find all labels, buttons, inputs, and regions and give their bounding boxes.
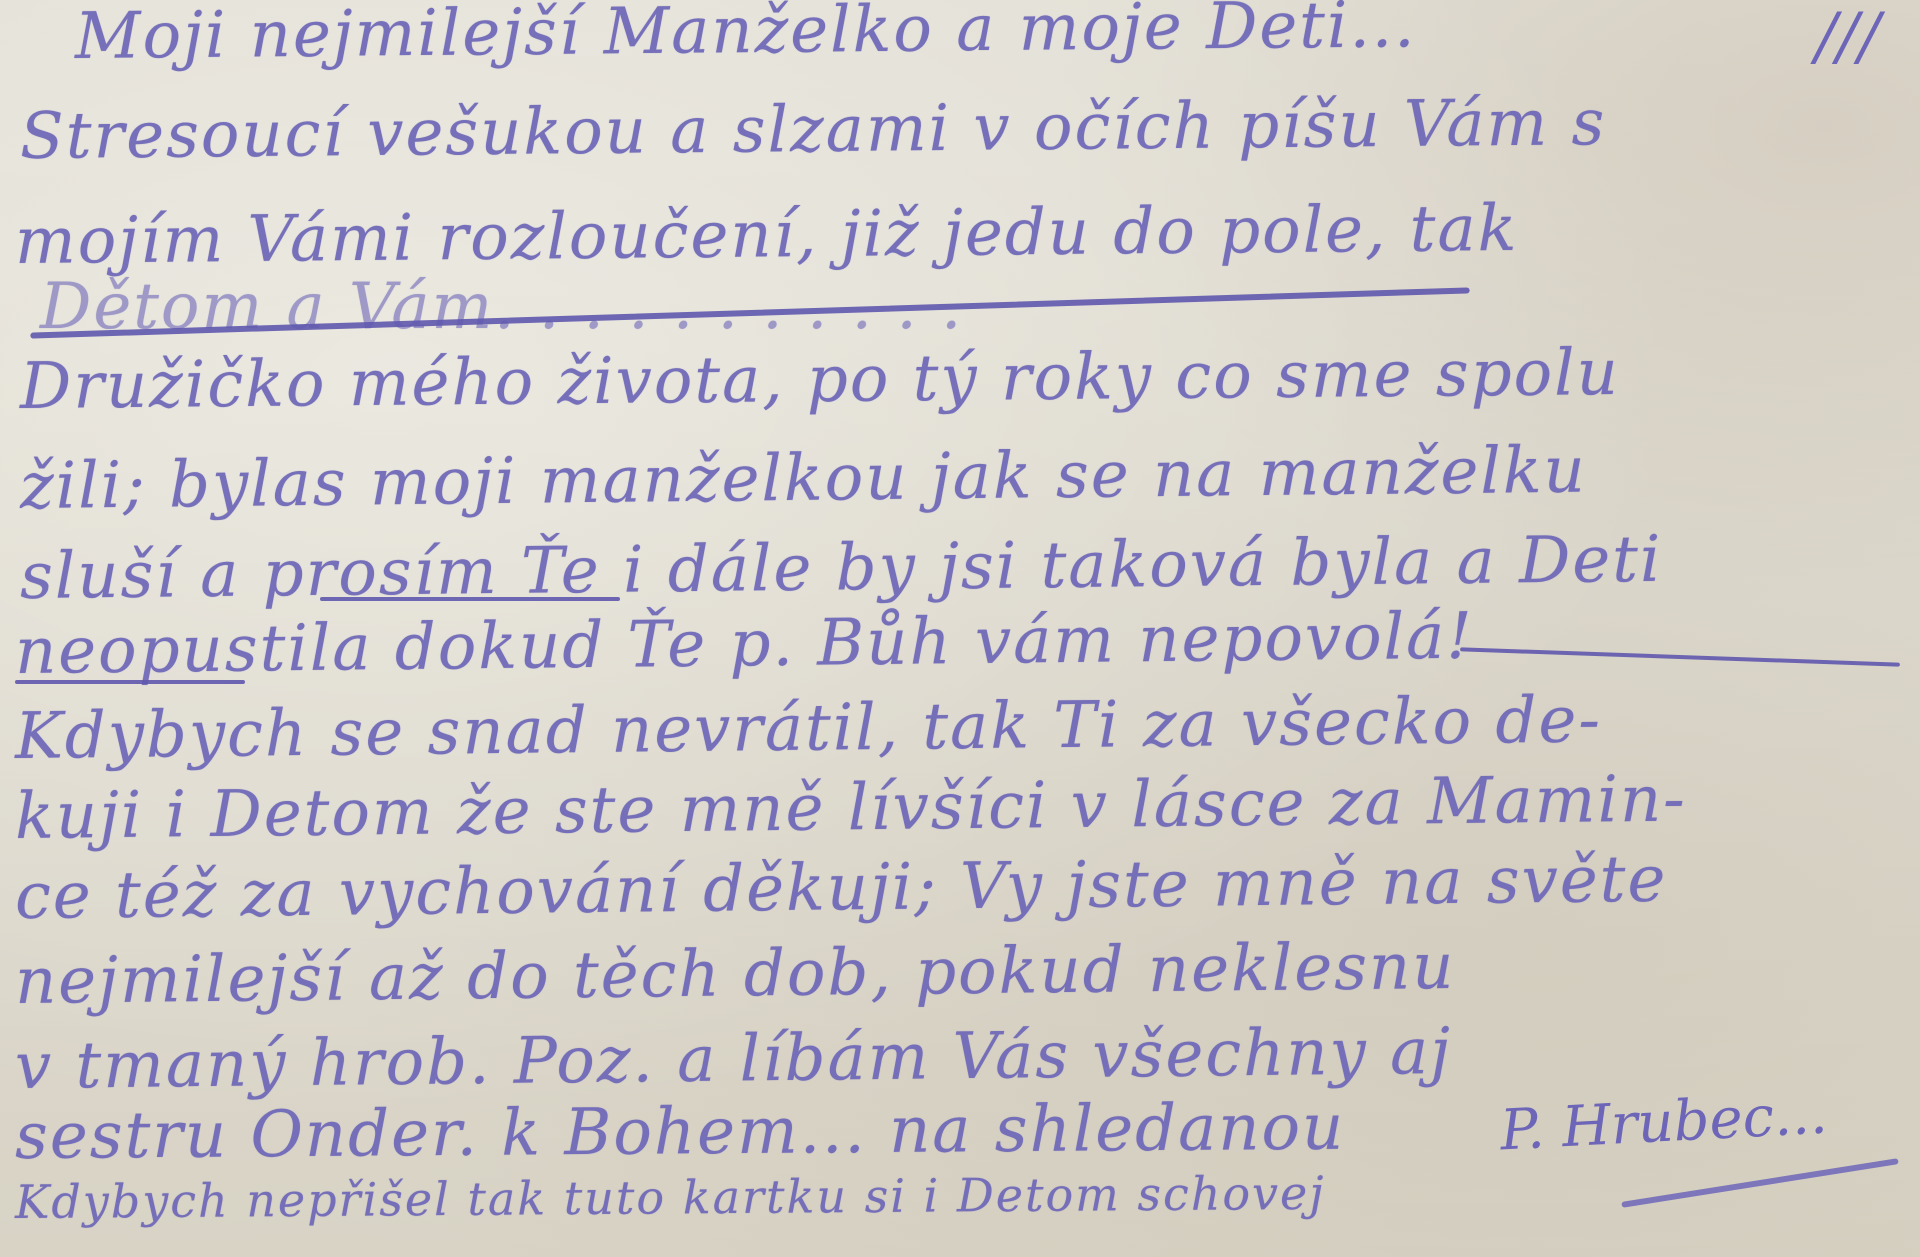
letter-line-1: Moji nejmilejší Manželko a moje Deti... xyxy=(75,0,1417,74)
letter-line-15: Kdybych nepřišel tak tuto kartku si i De… xyxy=(15,1166,1326,1229)
letter-line-11: ce též za vychování děkuji; Vy jste mně … xyxy=(15,843,1668,934)
line-text: neopustila dokud Ťe p. Bůh vám nepovolá! xyxy=(15,600,1475,689)
line-text: Moji nejmilejší Manželko a moje Deti... xyxy=(75,0,1417,74)
line-text: mojím Vámi rozloučení, již jedu do pole,… xyxy=(15,192,1519,279)
letter-line-8: neopustila dokud Ťe p. Bůh vám nepovolá! xyxy=(15,600,1475,689)
letter-line-5: Družičko mého života, po tý roky co sme … xyxy=(20,336,1620,424)
line-text: Kdybych se snad nevrátil, tak Ti za všec… xyxy=(15,683,1603,774)
letter-line-12: nejmilejší až do těch dob, pokud neklesn… xyxy=(15,930,1456,1019)
line-text: nejmilejší až do těch dob, pokud neklesn… xyxy=(15,930,1456,1019)
letter-line-9: Kdybych se snad nevrátil, tak Ti za všec… xyxy=(15,683,1603,774)
letter-line-14: sestru Onder. k Bohem... na shledanou xyxy=(15,1091,1346,1174)
line-text: Kdybych nepřišel tak tuto kartku si i De… xyxy=(15,1166,1326,1229)
line-text: Stresoucí vešukou a slzami v očích píšu … xyxy=(20,86,1607,174)
line-text: sestru Onder. k Bohem... na shledanou xyxy=(15,1091,1346,1174)
line-text: žili; bylas moji manželkou jak se na man… xyxy=(20,434,1588,524)
letter-line-6: žili; bylas moji manželkou jak se na man… xyxy=(20,434,1588,524)
underline-prosim xyxy=(320,597,620,601)
line-text: Družičko mého života, po tý roky co sme … xyxy=(20,336,1620,424)
letter-line-2: Stresoucí vešukou a slzami v očích píšu … xyxy=(20,86,1607,174)
underline-nepovola xyxy=(1460,647,1900,666)
top-right-mark: /// xyxy=(1815,0,1880,74)
underline-neopustila xyxy=(15,680,245,684)
letter-line-10: kuji i Detom že ste mně lívšíci v lásce … xyxy=(15,762,1687,854)
letter-line-3: mojím Vámi rozloučení, již jedu do pole,… xyxy=(15,192,1519,279)
line-text: kuji i Detom že ste mně lívšíci v lásce … xyxy=(15,762,1687,854)
signature-flourish xyxy=(1621,1158,1898,1208)
line-text: ce též za vychování děkuji; Vy jste mně … xyxy=(15,843,1668,934)
signature: P. Hrubec... xyxy=(1499,1081,1829,1163)
letter-paper: /// Moji nejmilejší Manželko a moje Deti… xyxy=(0,0,1920,1257)
